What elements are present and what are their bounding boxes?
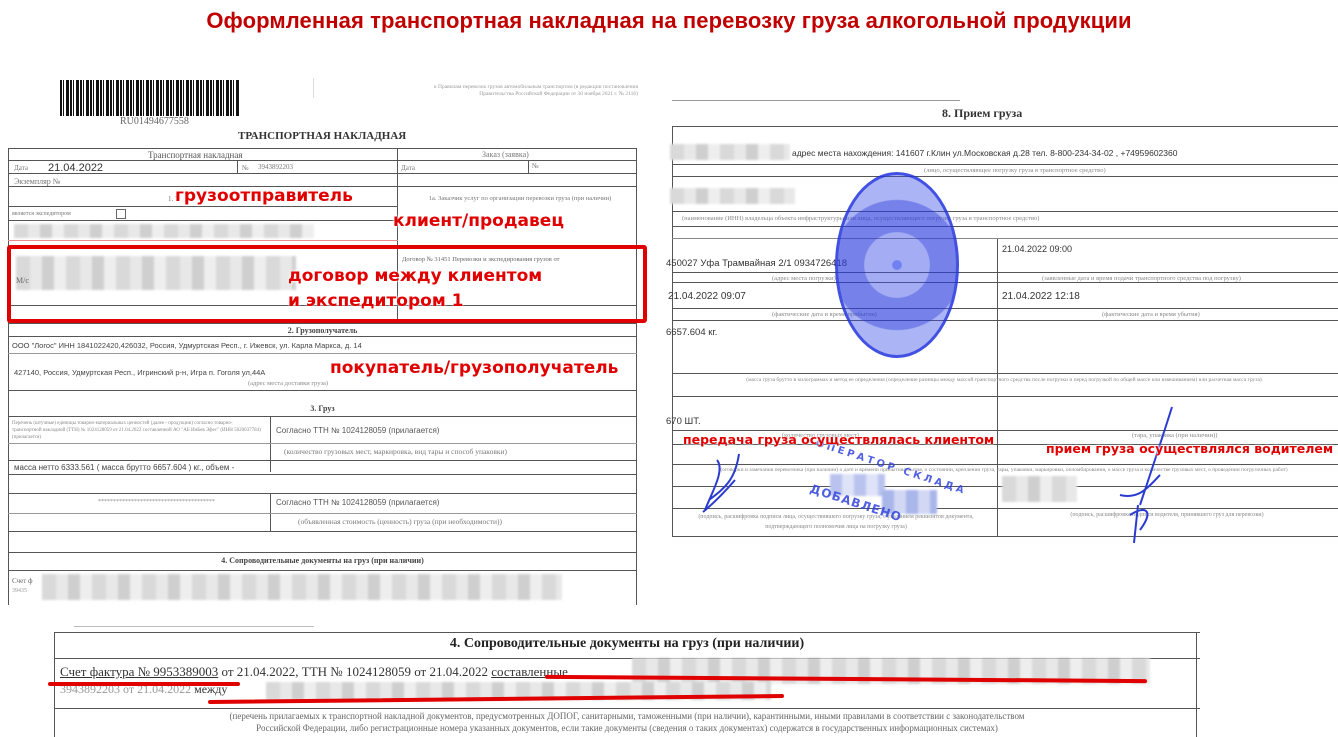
col-right-title: Заказ (заявка) [482,150,529,159]
dashes: *************************************** [98,499,215,505]
cargo-ttn-2: Согласно ТТН № 1024128059 (прилагается) [276,498,439,507]
consignee-address: 427140, Россия, Удмуртская Респ., Игринс… [14,368,265,377]
actual-arrival: 21.04.2022 09:07 [668,291,746,302]
section8-title: 8. Прием груза [942,106,1022,121]
document-heading: ТРАНСПОРТНАЯ НАКЛАДНАЯ [238,130,406,142]
remarks-caption: (оговорки и замечания перевозчика (при н… [674,466,1334,474]
company-stamp [835,172,959,358]
consignee-text: ООО "Логос" ИНН 1841022420,426032, Росси… [12,341,362,350]
bottom-section4-title: 4. Сопроводительные документы на груз (п… [54,636,1200,652]
number-label: № [242,164,249,172]
client-signature [695,450,745,520]
date-label: Дата [14,164,28,172]
annotation-contract-line2: и экспедитором 1 [288,291,463,311]
annotation-accepted-by-driver: прием груза осуществлялся водителем [1046,441,1333,456]
redacted-driver-name [1002,476,1077,502]
redacted-documents [42,574,562,600]
cargo-description: Перечень (штучные) единицы товарно-матер… [12,420,262,441]
gross-mass: 6657.604 кг. [666,327,717,338]
annotation-contract-line1: договор между клиентом [288,266,542,286]
doc-prefix-1: Счет ф [12,577,33,585]
section2-title: 2. Грузополучатель [8,326,637,335]
planned-caption: (заявленные дата и время подачи транспор… [1042,275,1241,282]
redacted-shipper [14,224,314,238]
annotation-handover-by-client: передача груза осуществлялась клиентом [683,432,994,447]
expeditor-checkbox [116,209,126,219]
order-number-label: № [532,162,539,170]
documents-line-1: Счет фактура № 9953389003 от 21.04.2022,… [60,664,568,680]
annotation-shipper: грузоотправитель [175,186,353,206]
actual-departure: 21.04.2022 12:18 [1002,291,1080,302]
page-title: Оформленная транспортная накладная на пе… [0,8,1338,34]
expeditor-label: является экспедитором [12,211,71,217]
cargo-caption: (количество грузовых мест, маркировка, в… [284,447,507,456]
driver-signature [1100,405,1180,545]
footer-caption-1: (перечень прилагаемых к транспортной нак… [54,711,1200,721]
load-address-caption: (адрес места погрузки) [772,275,836,282]
section3-title: 3. Груз [8,404,637,413]
col-left-title: Транспортная накладная [148,150,243,160]
ttn-reference: от 21.04.2022, ТТН № 1024128059 от 21.04… [218,664,491,679]
barcode [60,80,240,116]
annotation-client-seller: клиент/продавец [393,211,564,231]
cargo-ttn: Согласно ТТН № 1024128059 (прилагается) [276,426,439,435]
loader-caption: (лицо, осуществляющее погрузку груза в т… [924,167,1106,174]
customer-label: 1а. Заказчик услуг по организации перево… [410,194,630,203]
redacted-loader [670,144,790,160]
actual-departure-caption: (фактические дата и время убытия) [1102,311,1200,318]
consignee-address-caption: (адрес места доставки груза) [248,380,328,387]
value-caption: (объявленная стоимость (ценность) груза … [298,517,502,526]
mass-text: масса нетто 6333.561 ( масса брутто 6657… [14,463,234,472]
order-date-label: Дата [401,164,415,172]
redacted-owner [670,188,795,204]
footer-caption-2: Российской Федерации, либо регистрационн… [54,723,1200,733]
barcode-number: RU01494677558 [120,116,189,127]
mass-caption: (масса груза брутто в килограммах и мето… [674,376,1334,384]
copy-label: Экземпляр № [14,177,60,186]
pieces: 670 ШТ. [666,416,701,427]
section4-title: 4. Сопроводительные документы на груз (п… [8,556,637,565]
highlight-invoice [48,682,240,686]
header-note: к Правилам перевозок грузов автомобильны… [408,84,638,98]
left-document: RU01494677558 к Правилам перевозок грузо… [8,70,644,605]
number-value: 3943892203 [258,163,293,171]
planned-datetime: 21.04.2022 09:00 [1002,244,1072,254]
invoice-number: Счет фактура № 9953389003 [60,664,218,679]
doc-prefix-2: 39435 [12,588,27,594]
annotation-buyer-consignee: покупатель/грузополучатель [330,358,618,378]
loader-address: адрес места нахождения: 141607 г.Клин ул… [792,148,1177,158]
load-address: 450027 Уфа Трамвайная 2/1 0934726418 [666,258,847,269]
right-document: 8. Прием груза адрес места нахождения: 1… [662,98,1338,546]
